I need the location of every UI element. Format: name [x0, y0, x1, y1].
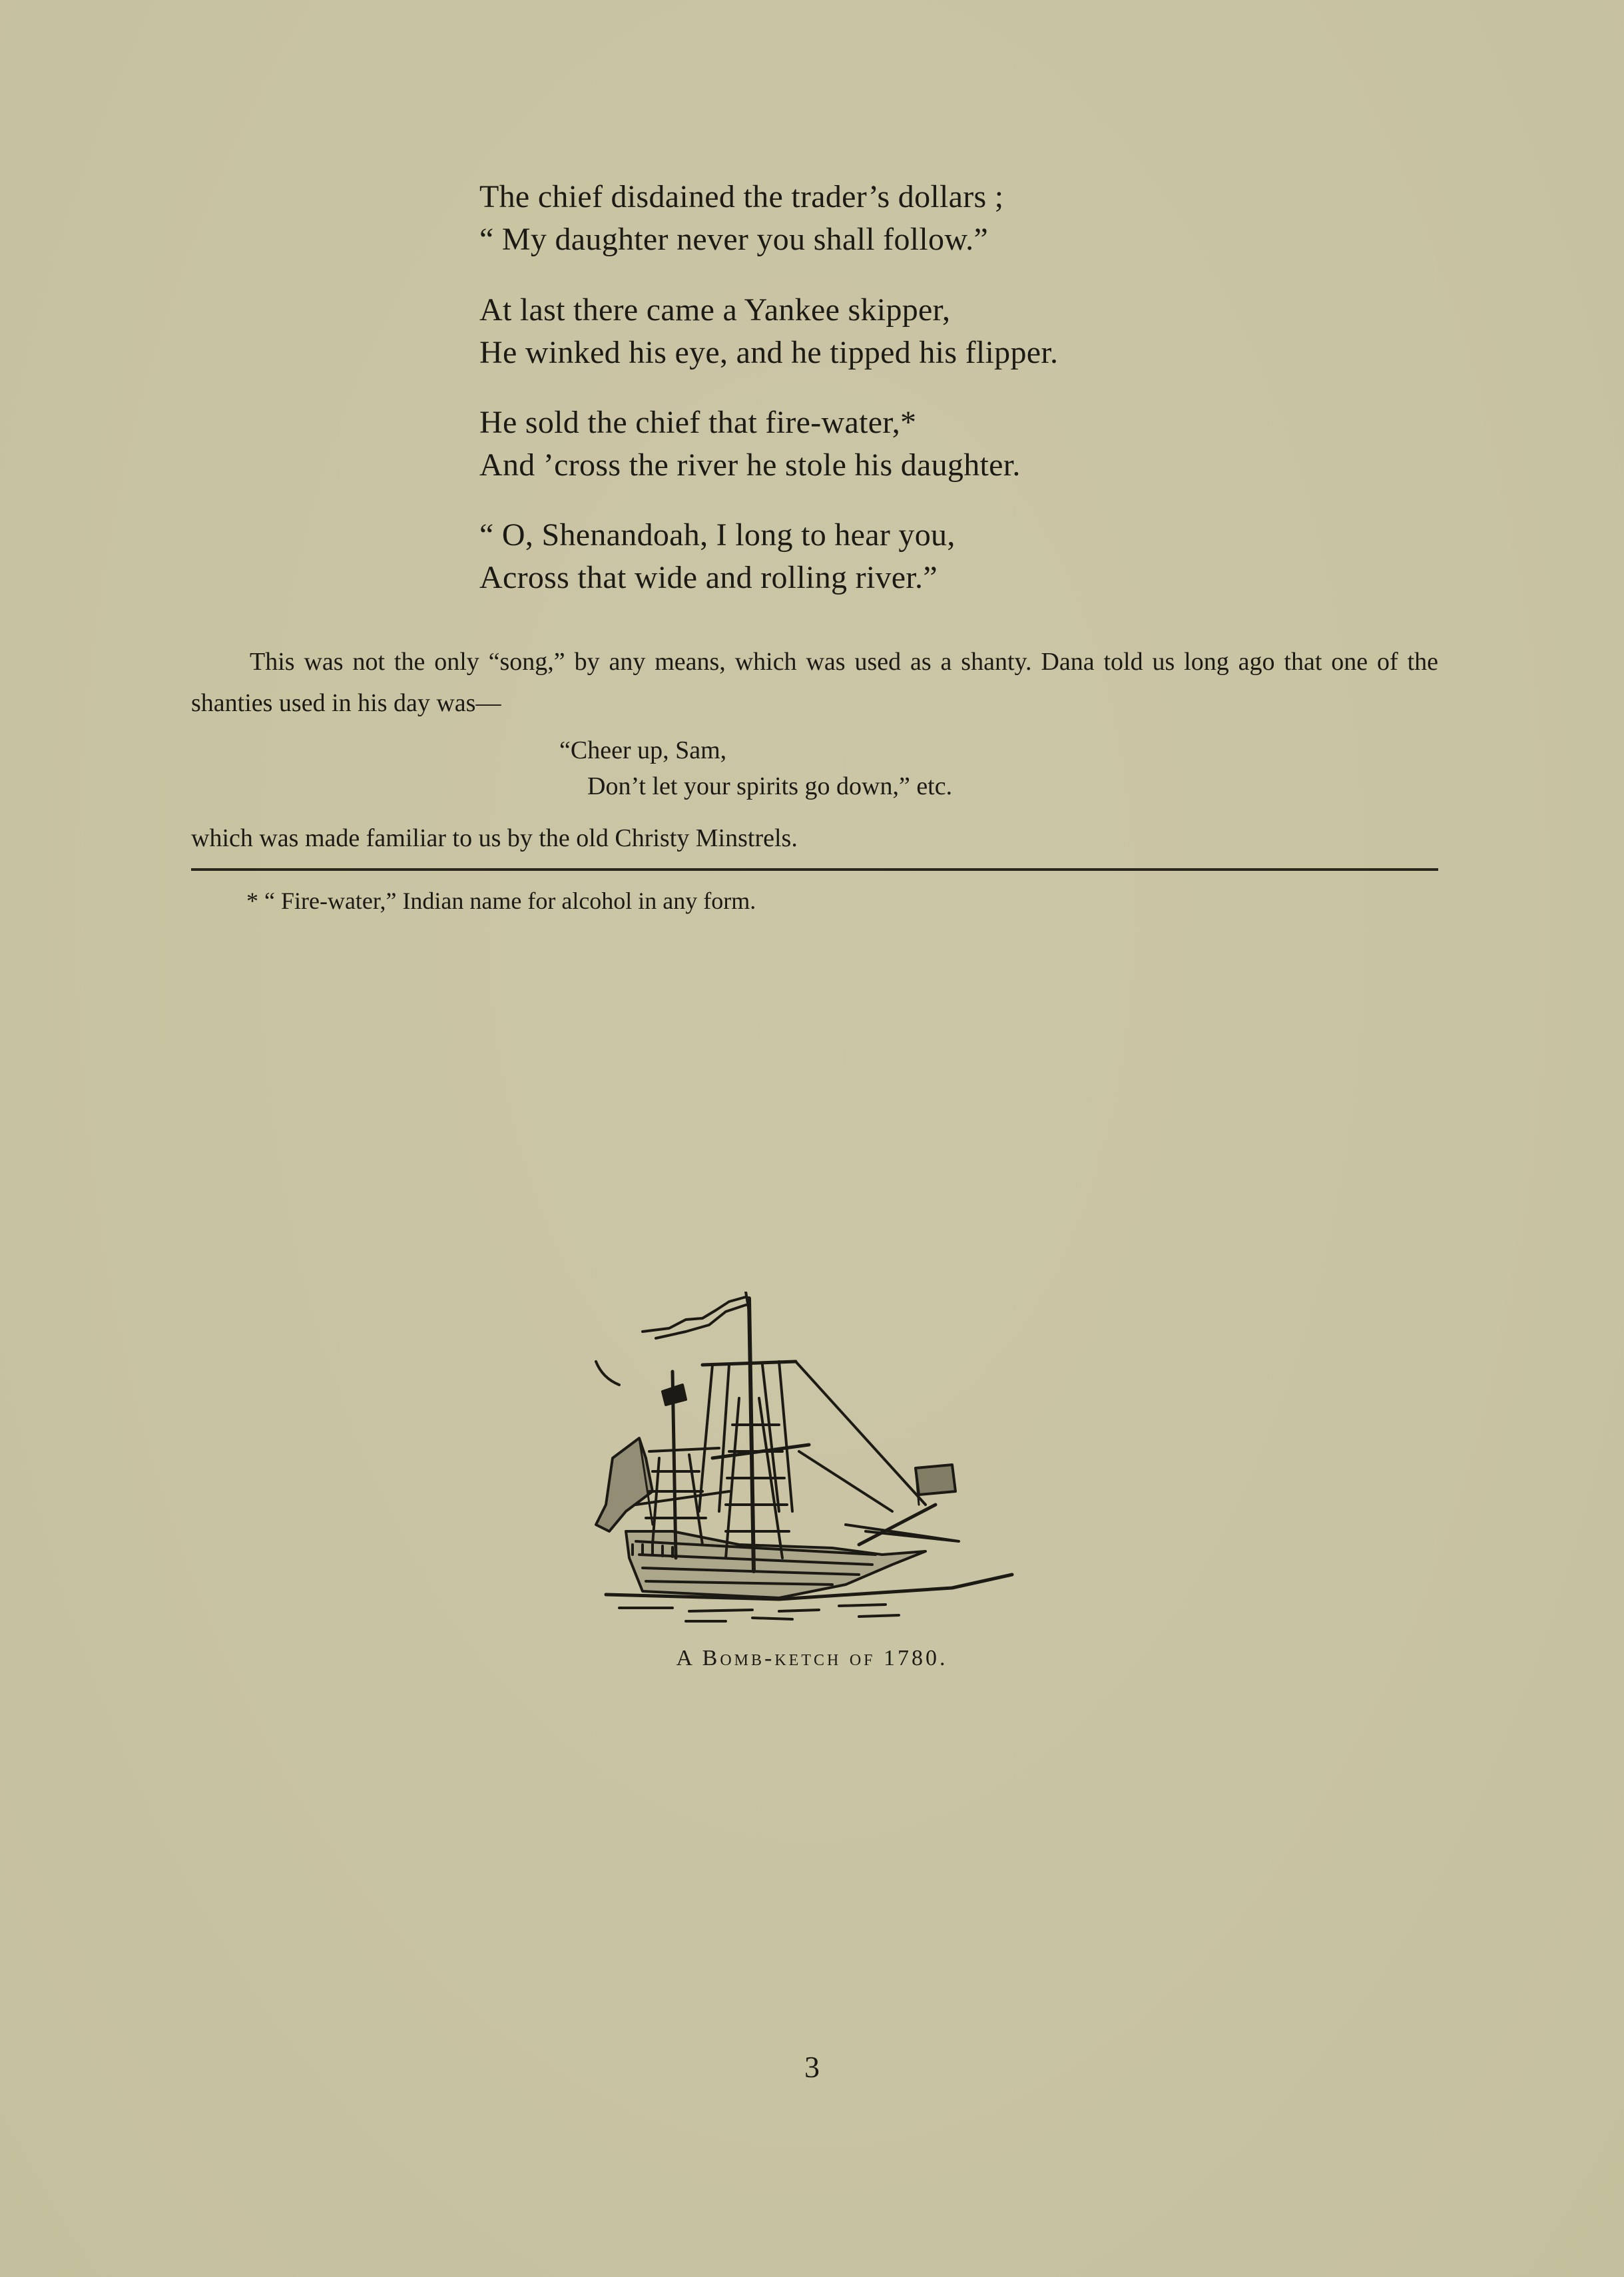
- verse-line: He sold the chief that fire-water,*: [479, 401, 1021, 444]
- block-quote: “Cheer up, Sam, Don’t let your spirits g…: [559, 732, 952, 804]
- verse-line: And ’cross the river he stole his daught…: [479, 444, 1021, 487]
- verse-line: “ My daughter never you shall follow.”: [479, 218, 1003, 261]
- paragraph-continuation: which was made familiar to us by the old…: [191, 818, 1438, 859]
- verse-line: The chief disdained the trader’s dollars…: [479, 176, 1003, 218]
- verse-stanza-4: “ O, Shenandoah, I long to hear you, Acr…: [479, 514, 955, 599]
- verse-line: “ O, Shenandoah, I long to hear you,: [479, 514, 955, 557]
- page-number: 3: [0, 2049, 1624, 2085]
- verse-line: At last there came a Yankee skipper,: [479, 289, 1058, 332]
- quote-line: “Cheer up, Sam,: [559, 732, 952, 768]
- body-paragraph: This was not the only “song,” by any mea…: [191, 641, 1438, 724]
- quote-line: Don’t let your spirits go down,” etc.: [559, 768, 952, 804]
- verse-stanza-2: At last there came a Yankee skipper, He …: [479, 289, 1058, 374]
- book-page: The chief disdained the trader’s dollars…: [0, 0, 1624, 2277]
- footnote: * “ Fire-water,” Indian name for alcohol…: [246, 882, 756, 919]
- verse-line: Across that wide and rolling river.”: [479, 557, 955, 599]
- sailing-ship-illustration-icon: [579, 1292, 1045, 1625]
- verse-line: He winked his eye, and he tipped his fli…: [479, 332, 1058, 374]
- footnote-divider: [191, 868, 1438, 871]
- figure-caption: A Bomb-ketch of 1780.: [0, 1646, 1624, 1671]
- verse-stanza-3: He sold the chief that fire-water,* And …: [479, 401, 1021, 487]
- verse-stanza-1: The chief disdained the trader’s dollars…: [479, 176, 1003, 261]
